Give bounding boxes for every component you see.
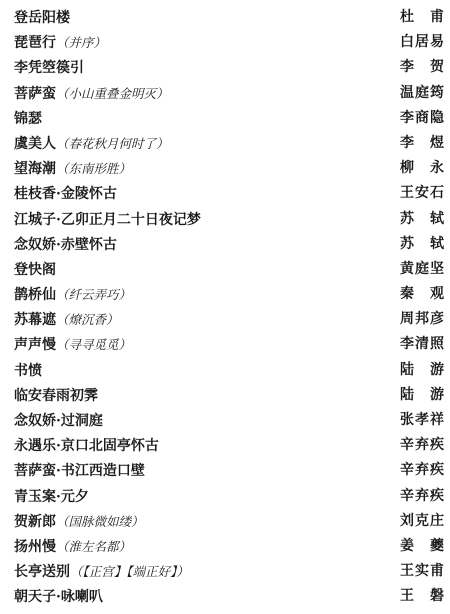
poem-title: 念奴娇·过洞庭 xyxy=(14,408,103,434)
poem-title: 登快阁 xyxy=(14,257,56,283)
poem-author: 温庭筠 xyxy=(400,81,444,106)
list-item: 登快阁 黄庭坚 xyxy=(0,257,450,282)
poem-title: 望海潮（东南形胜） xyxy=(14,156,131,182)
poem-title: 苏幕遮（燎沉香） xyxy=(14,307,119,333)
poem-author: 柳 永 xyxy=(400,156,444,181)
poem-author: 张孝祥 xyxy=(400,408,444,433)
poem-title: 李凭箜篌引 xyxy=(14,55,84,81)
list-item: 念奴娇·赤壁怀古 苏 轼 xyxy=(0,232,450,257)
poem-author: 刘克庄 xyxy=(400,509,444,534)
list-item: 苏幕遮（燎沉香） 周邦彦 xyxy=(0,307,450,332)
poem-title: 桂枝香·金陵怀古 xyxy=(14,181,117,207)
list-item: 声声慢（寻寻觅觅） 李清照 xyxy=(0,332,450,357)
poem-author: 王实甫 xyxy=(400,559,444,584)
poem-title: 虞美人（春花秋月何时了） xyxy=(14,131,169,157)
list-item: 青玉案·元夕 辛弃疾 xyxy=(0,484,450,509)
list-item: 扬州慢（淮左名都） 姜 夔 xyxy=(0,534,450,559)
poem-title: 菩萨蛮（小山重叠金明灭） xyxy=(14,81,169,107)
poem-title: 鹊桥仙（纤云弄巧） xyxy=(14,282,131,308)
poem-author: 周邦彦 xyxy=(400,307,444,332)
poem-author: 李 煜 xyxy=(400,131,444,156)
list-item: 临安春雨初霁 陆 游 xyxy=(0,383,450,408)
poem-author: 苏 轼 xyxy=(400,232,444,257)
list-item: 朝天子·咏喇叭 王 磐 xyxy=(0,584,450,609)
poem-title: 琵琶行（并序） xyxy=(14,30,106,56)
list-item: 菩萨蛮·书江西造口壁 辛弃疾 xyxy=(0,458,450,483)
list-item: 永遇乐·京口北固亭怀古 辛弃疾 xyxy=(0,433,450,458)
poem-list: 登岳阳楼 杜 甫 琵琶行（并序） 白居易 李凭箜篌引 李 贺 菩萨蛮（小山重叠金… xyxy=(0,5,450,610)
list-item: 登岳阳楼 杜 甫 xyxy=(0,5,450,30)
poem-title: 江城子·乙卯正月二十日夜记梦 xyxy=(14,207,201,233)
poem-author: 白居易 xyxy=(400,30,444,55)
list-item: 锦瑟 李商隐 xyxy=(0,106,450,131)
poem-title: 扬州慢（淮左名都） xyxy=(14,534,131,560)
list-item: 书愤 陆 游 xyxy=(0,358,450,383)
poem-author: 李清照 xyxy=(400,332,444,357)
poem-title: 声声慢（寻寻觅觅） xyxy=(14,332,131,358)
poem-author: 李 贺 xyxy=(400,55,444,80)
list-item: 鹊桥仙（纤云弄巧） 秦 观 xyxy=(0,282,450,307)
poem-title: 菩萨蛮·书江西造口壁 xyxy=(14,458,145,484)
list-item: 望海潮（东南形胜） 柳 永 xyxy=(0,156,450,181)
poem-title: 锦瑟 xyxy=(14,106,42,132)
poem-author: 辛弃疾 xyxy=(400,433,444,458)
poem-title: 朝天子·咏喇叭 xyxy=(14,584,103,610)
poem-author: 王 磐 xyxy=(400,584,444,609)
poem-title: 临安春雨初霁 xyxy=(14,383,98,409)
list-item: 贺新郎（国脉微如缕） 刘克庄 xyxy=(0,509,450,534)
poem-title: 念奴娇·赤壁怀古 xyxy=(14,232,117,258)
poem-title: 贺新郎（国脉微如缕） xyxy=(14,509,144,535)
poem-author: 辛弃疾 xyxy=(400,484,444,509)
poem-title: 登岳阳楼 xyxy=(14,5,70,31)
list-item: 李凭箜篌引 李 贺 xyxy=(0,55,450,80)
list-item: 长亭送别（【正宫】【端正好】） 王实甫 xyxy=(0,559,450,584)
list-item: 念奴娇·过洞庭 张孝祥 xyxy=(0,408,450,433)
poem-author: 姜 夔 xyxy=(400,534,444,559)
list-item: 江城子·乙卯正月二十日夜记梦 苏 轼 xyxy=(0,207,450,232)
poem-author: 苏 轼 xyxy=(400,207,444,232)
poem-title: 永遇乐·京口北固亭怀古 xyxy=(14,433,159,459)
poem-author: 陆 游 xyxy=(400,383,444,408)
poem-title: 长亭送别（【正宫】【端正好】） xyxy=(14,559,189,585)
list-item: 菩萨蛮（小山重叠金明灭） 温庭筠 xyxy=(0,81,450,106)
list-item: 桂枝香·金陵怀古 王安石 xyxy=(0,181,450,206)
poem-author: 黄庭坚 xyxy=(400,257,444,282)
poem-author: 辛弃疾 xyxy=(400,458,444,483)
list-item: 琵琶行（并序） 白居易 xyxy=(0,30,450,55)
poem-author: 李商隐 xyxy=(400,106,444,131)
poem-author: 陆 游 xyxy=(400,358,444,383)
poem-author: 秦 观 xyxy=(400,282,444,307)
poem-title: 书愤 xyxy=(14,358,42,384)
list-item: 虞美人（春花秋月何时了） 李 煜 xyxy=(0,131,450,156)
poem-author: 杜 甫 xyxy=(400,5,444,30)
poem-title: 青玉案·元夕 xyxy=(14,484,89,510)
poem-author: 王安石 xyxy=(400,181,444,206)
